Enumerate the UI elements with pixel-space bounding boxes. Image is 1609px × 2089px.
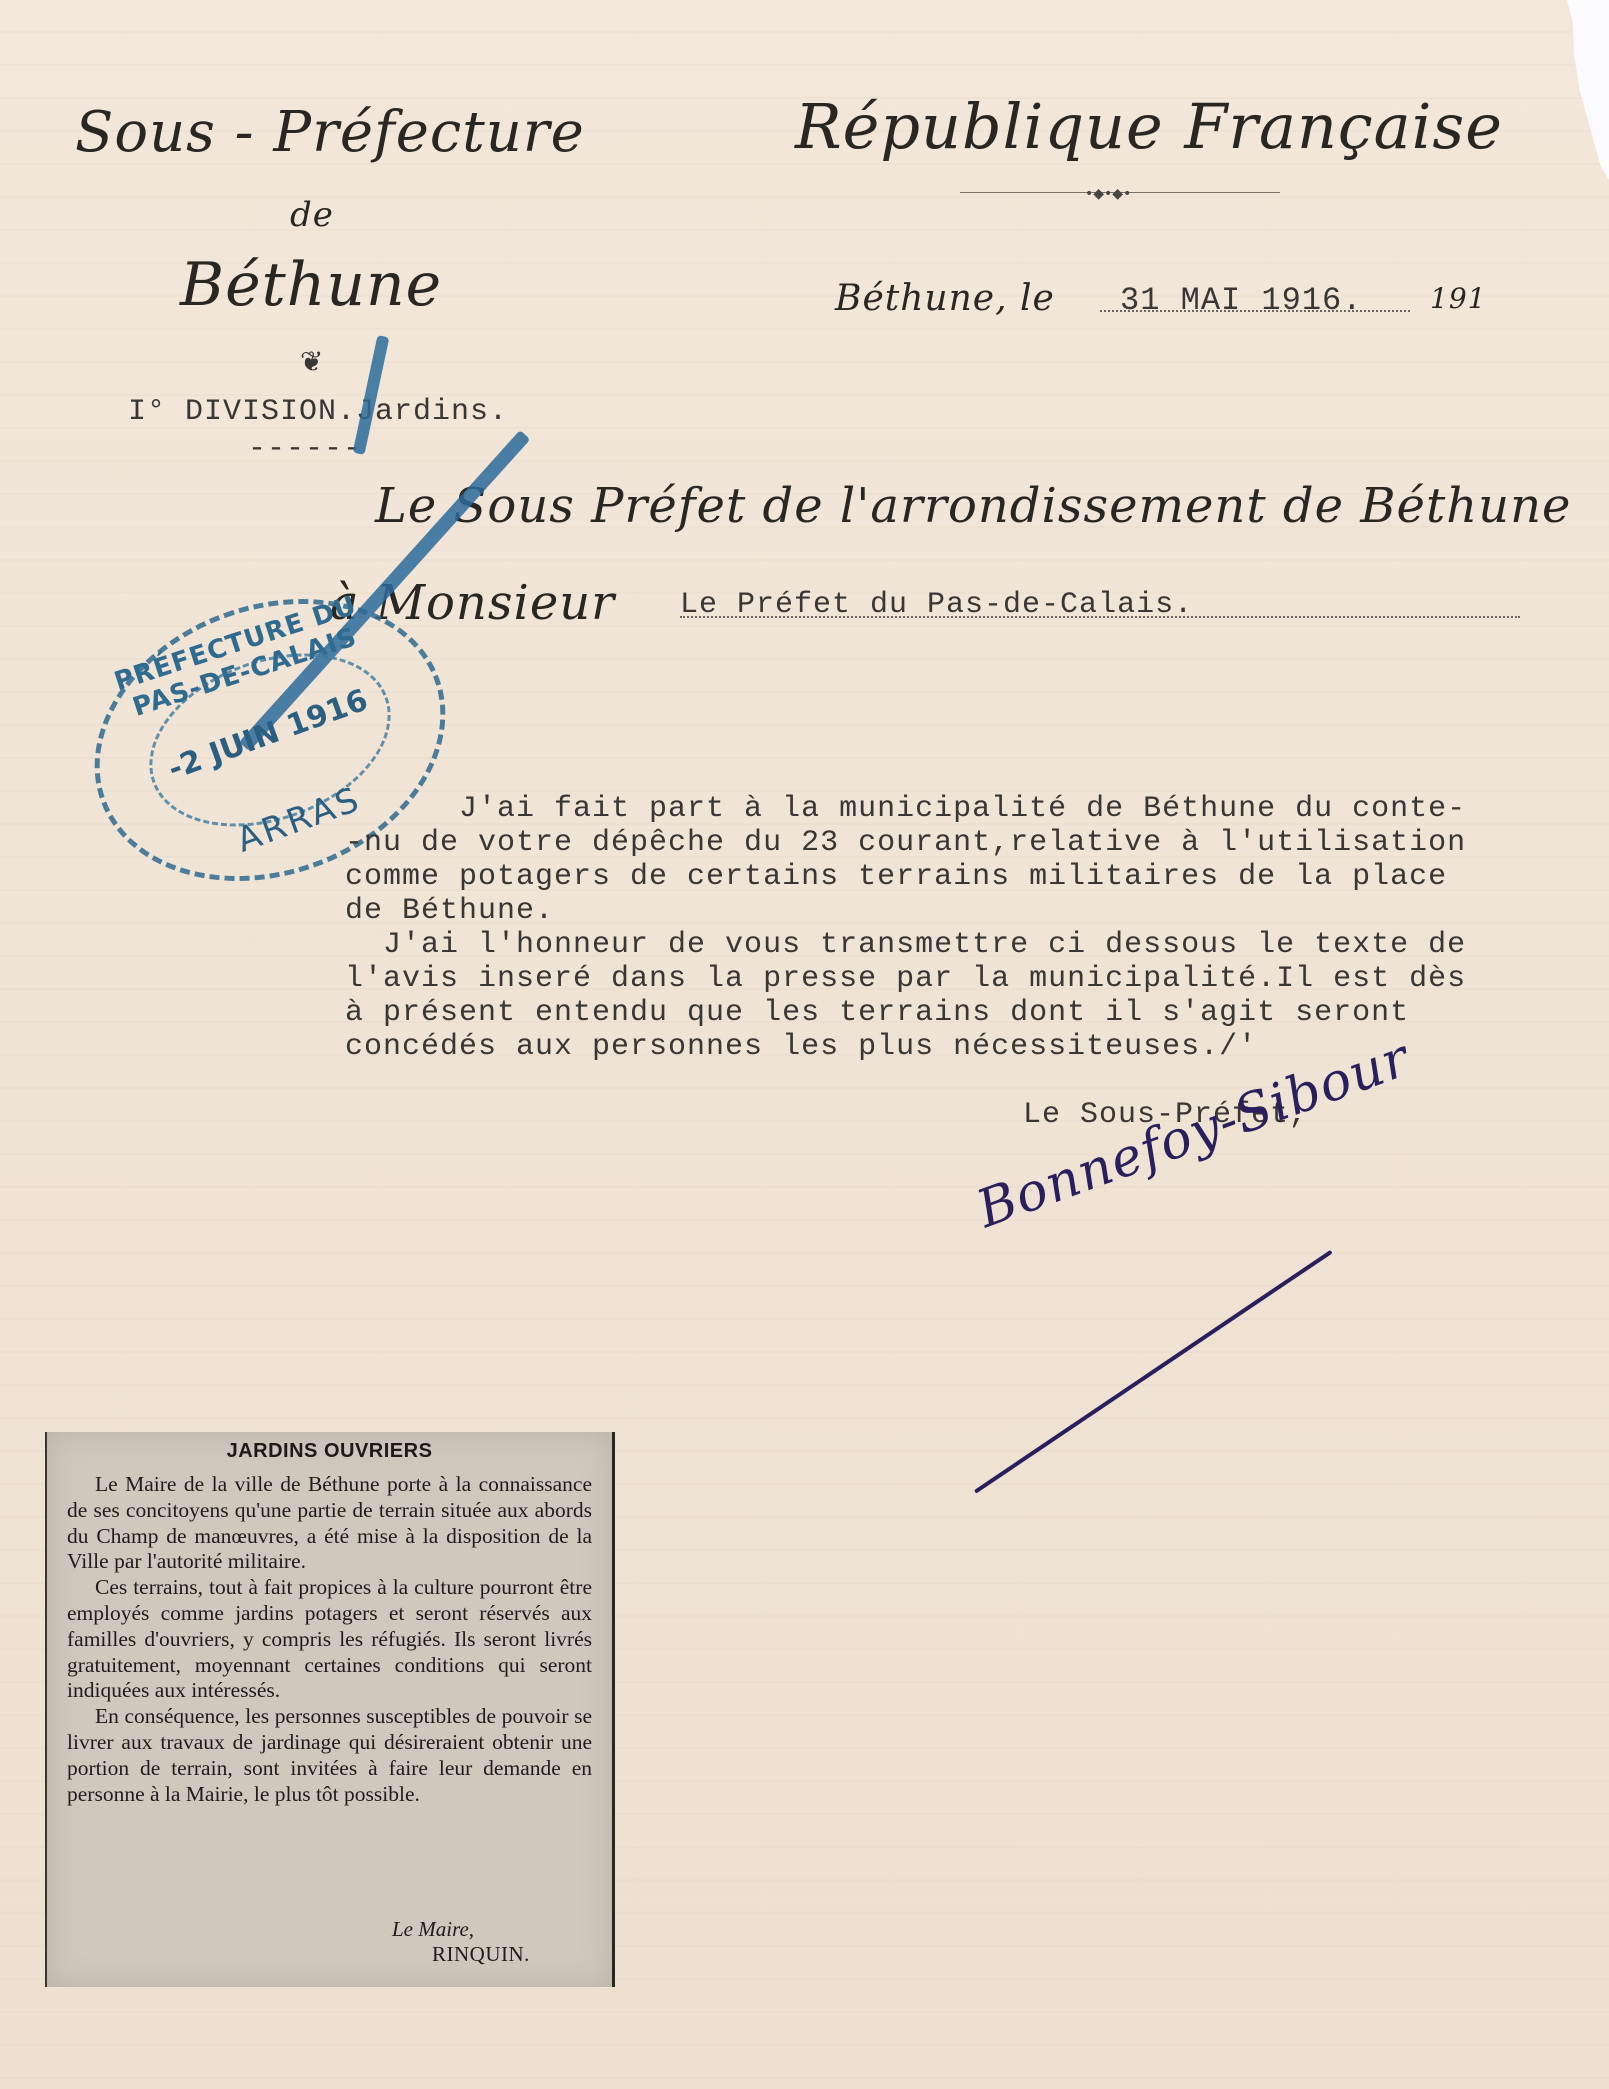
clipping-body: Le Maire de la ville de Béthune porte à …	[67, 1472, 592, 1807]
clipping-signatory-title: Le Maire,	[392, 1917, 474, 1942]
place-date-label: Béthune, le	[835, 278, 1055, 319]
division-reference: I° DIVISION.Jardins.	[128, 395, 508, 429]
letterhead-republique-francaise: République Française	[795, 90, 1503, 163]
clipping-title: JARDINS OUVRIERS	[47, 1440, 612, 1463]
letterhead-sous-prefecture: Sous - Préfecture	[75, 100, 585, 165]
from-line: Le Sous Préfet de l'arrondissement de Bé…	[375, 478, 1571, 534]
clipping-paragraph-2: Ces terrains, tout à fait propices à la …	[67, 1575, 592, 1704]
date-typed: 31 MAI 1916.	[1120, 282, 1362, 319]
flourish-ornament-icon: ❦	[300, 345, 323, 378]
body-line-6: l'avis inseré dans la presse par la muni…	[345, 962, 1466, 996]
body-line-3: comme potagers de certains terrains mili…	[345, 860, 1447, 894]
body-line-8: concédés aux personnes les plus nécessit…	[345, 1030, 1257, 1064]
ornament-divider-center: •◆•◆•	[1085, 186, 1131, 202]
body-line-4: de Béthune.	[345, 894, 554, 928]
year-prefix-printed: 191	[1430, 282, 1486, 315]
body-line-2: -nu de votre dépêche du 23 courant,relat…	[345, 826, 1466, 860]
recipient-name: Le Préfet du Pas-de-Calais.	[680, 588, 1193, 622]
clipping-paragraph-3: En conséquence, les personnes susceptibl…	[67, 1704, 592, 1807]
clipping-paragraph-1: Le Maire de la ville de Béthune porte à …	[67, 1472, 592, 1575]
letterhead-bethune: Béthune	[180, 250, 442, 320]
body-line-1: J'ai fait part à la municipalité de Béth…	[345, 792, 1466, 826]
clipping-signatory-name: RINQUIN.	[432, 1942, 530, 1967]
body-line-7: à présent entendu que les terrains dont …	[345, 996, 1409, 1030]
newspaper-clipping: JARDINS OUVRIERS Le Maire de la ville de…	[45, 1432, 615, 1987]
division-underline: ------	[248, 432, 362, 466]
body-line-5: J'ai l'honneur de vous transmettre ci de…	[345, 928, 1466, 962]
letterhead-de: de	[290, 195, 334, 235]
